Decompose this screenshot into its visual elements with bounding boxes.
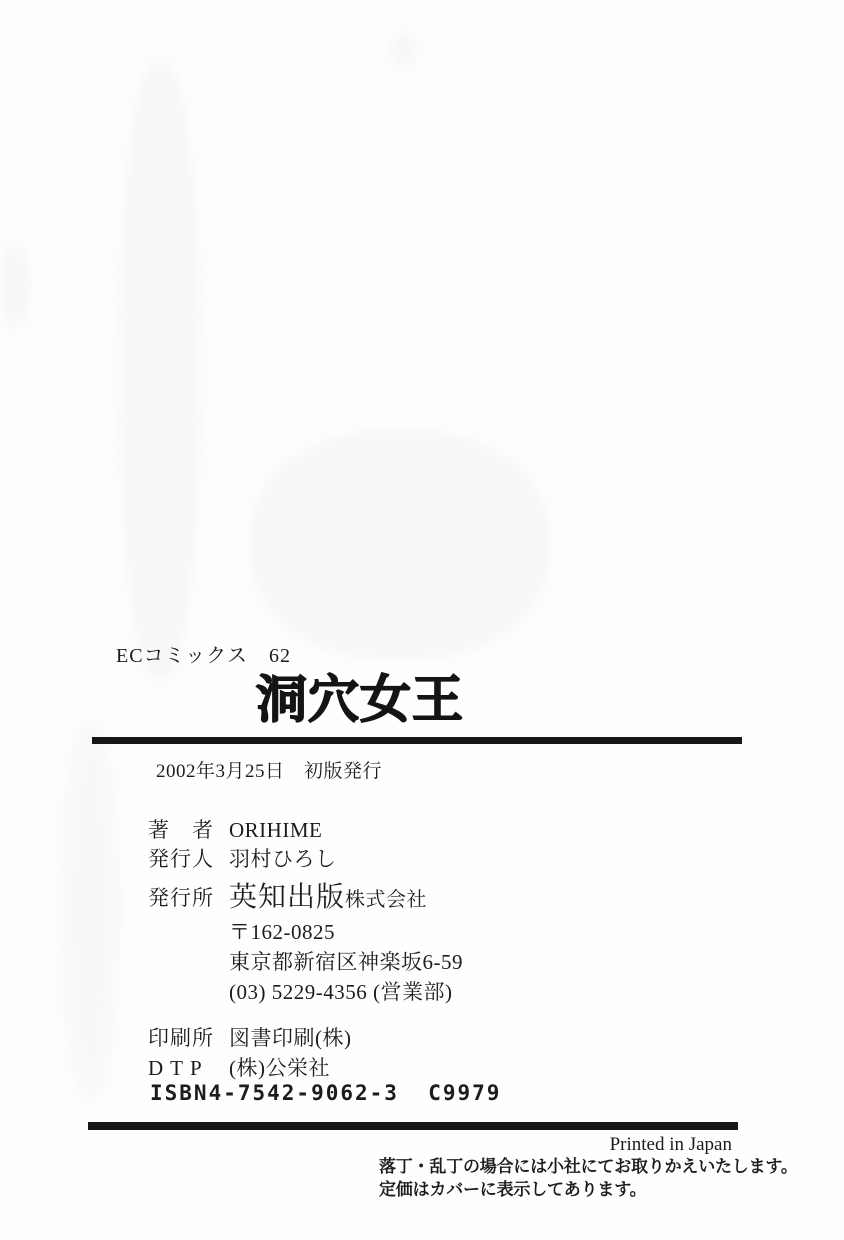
scan-artifact (120, 60, 200, 680)
author-value: ORIHIME (229, 820, 322, 841)
isbn-code: ISBN4-7542-9062-3 C9979 (150, 1083, 501, 1104)
author-label: 著 者 (148, 820, 214, 841)
scan-artifact (250, 430, 550, 660)
publisher-suffix: 株式会社 (345, 889, 427, 911)
printer-value: 図書印刷(株) (229, 1028, 352, 1049)
publisher-address: 東京都新宿区神楽坂6-59 (229, 952, 463, 973)
printer-label: 印刷所 (148, 1028, 214, 1049)
footer-divider-rule (88, 1122, 738, 1130)
publisher-person-label: 発行人 (148, 849, 214, 870)
title-divider-rule (92, 737, 742, 744)
scan-artifact (390, 30, 416, 70)
defect-replacement-notice: 落丁・乱丁の場合には小社にてお取りかえいたします。 (379, 1158, 798, 1175)
edition-date: 2002年3月25日 初版発行 (156, 762, 382, 781)
dtp-value: (株)公栄社 (229, 1058, 330, 1079)
scan-artifact (60, 720, 120, 1100)
publisher-phone: (03) 5229-4356 (営業部) (229, 982, 452, 1003)
printed-in-japan: Printed in Japan (400, 1135, 732, 1154)
price-on-cover-notice: 定価はカバーに表示してあります。 (379, 1181, 646, 1198)
dtp-label: DTP (148, 1058, 209, 1079)
publisher-postal-code: 〒162-0825 (229, 922, 335, 943)
publisher-value: 英知出版株式会社 (229, 884, 427, 912)
publisher-label: 発行所 (148, 888, 214, 909)
series-label: ECコミックス 62 (116, 646, 291, 666)
scan-artifact (0, 240, 30, 330)
publisher-person-value: 羽村ひろし (229, 849, 337, 870)
book-title: 洞穴女王 (256, 674, 464, 725)
colophon-page: ECコミックス 62 洞穴女王 2002年3月25日 初版発行 著 者 ORIH… (0, 0, 844, 1240)
publisher-name: 英知出版 (229, 882, 345, 913)
